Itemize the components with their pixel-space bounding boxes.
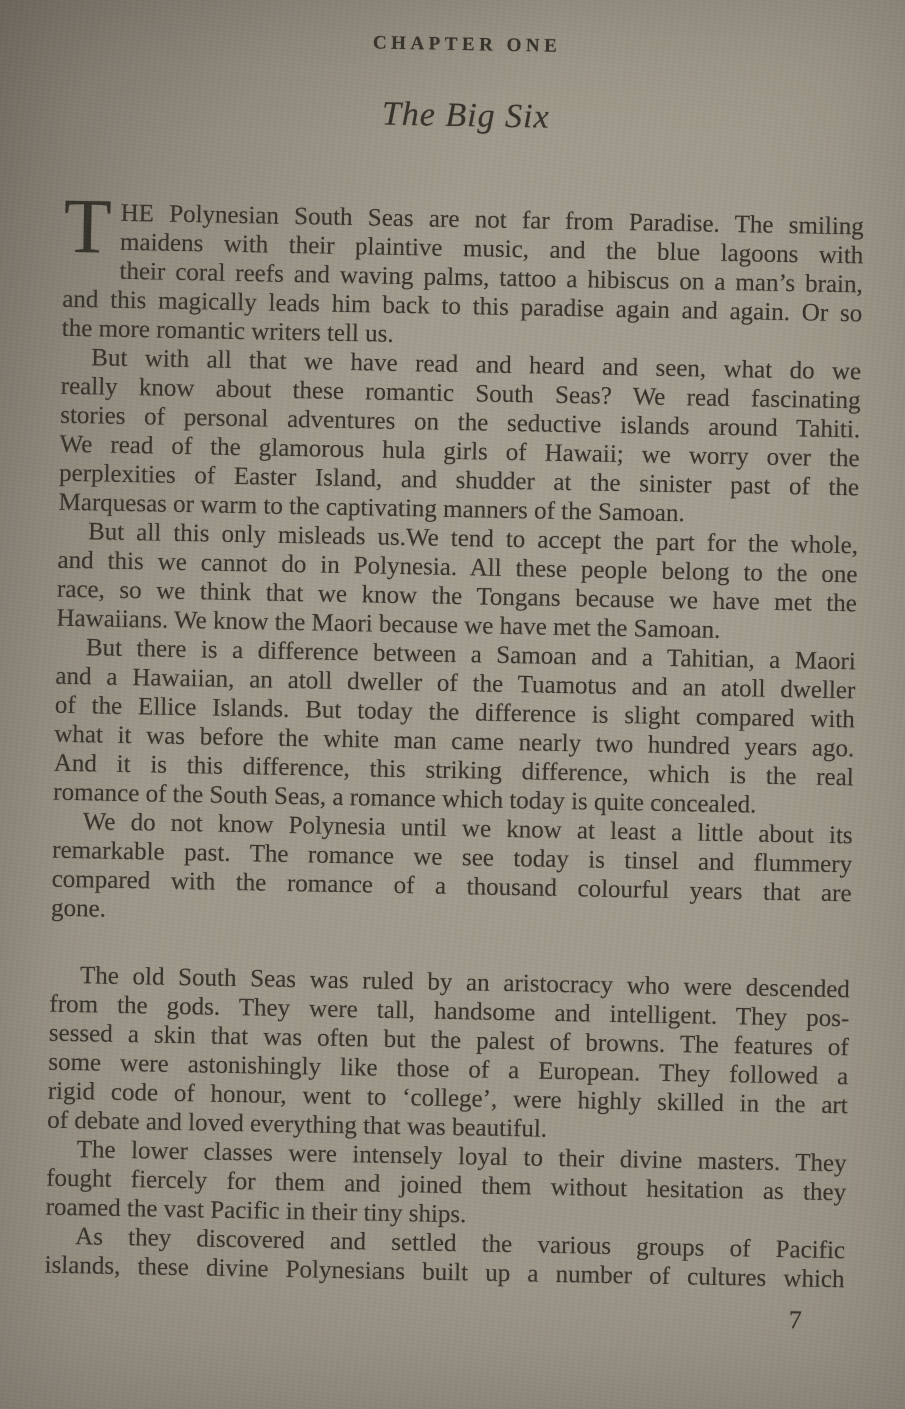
paragraph: The lower classes were intensely loyal t… [45,1135,846,1237]
text-block: THE Polynesian South Seas are not far fr… [44,198,864,1294]
paragraph: The old South Seas was ruled by an arist… [47,961,850,1150]
paragraph: We do not know Polynesia until we know a… [51,807,853,938]
paragraph: But all this only misleads us.We tend to… [56,517,858,648]
page-number: 7 [44,1292,844,1337]
paragraph: But with all that we have read and heard… [58,343,861,532]
paragraph: But there is a difference between a Samo… [53,633,856,822]
page-title: The Big Six [65,89,866,144]
drop-cap: T [63,200,112,259]
book-page-photo: CHAPTER ONE The Big Six THE Polynesian S… [0,0,905,1409]
chapter-heading: CHAPTER ONE [67,27,867,64]
book-page: CHAPTER ONE The Big Six THE Polynesian S… [44,0,868,1336]
paragraph: THE Polynesian South Seas are not far fr… [62,198,865,358]
